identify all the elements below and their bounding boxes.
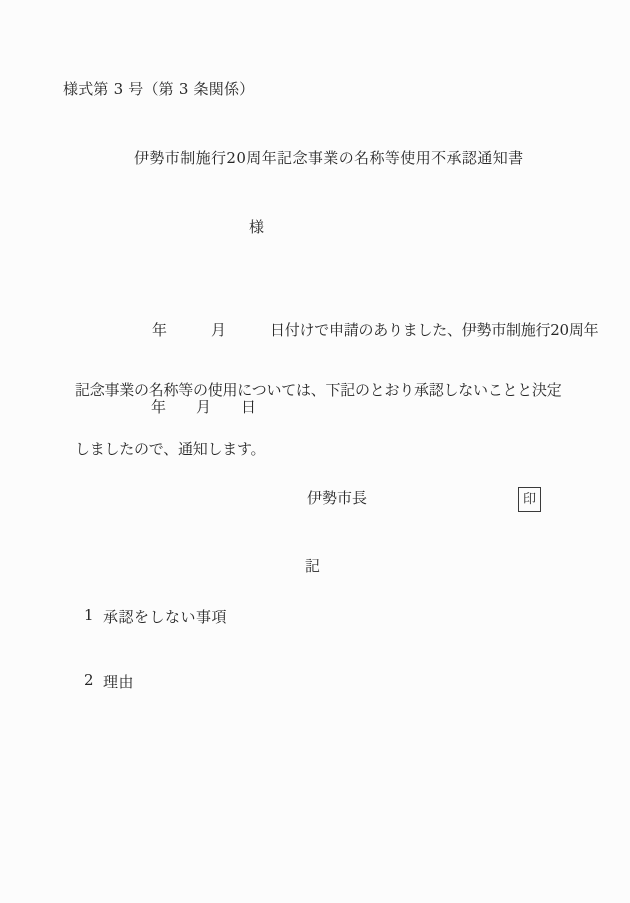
document-title: 伊勢市制施行20周年記念事業の名称等使用不承認通知書 bbox=[134, 149, 524, 167]
section-marker-ki: 記 bbox=[305, 557, 320, 575]
addressee-honorific: 様 bbox=[249, 218, 264, 236]
body-line-2: 記念事業の名称等の使用については、下記のとおり承認しないことと決定 bbox=[75, 379, 575, 403]
body-line-1: 年 月 日付けで申請のありました、伊勢市制施行20周年 bbox=[75, 319, 575, 343]
body-paragraph: 年 月 日付けで申請のありました、伊勢市制施行20周年 記念事業の名称等の使用に… bbox=[75, 283, 575, 498]
item-1-label: 承認をしない事項 bbox=[103, 606, 227, 627]
body-line-3: しましたので、通知します。 bbox=[75, 438, 575, 462]
seal-box: 印 bbox=[518, 487, 541, 512]
issue-date-line: 年 月 日 bbox=[151, 398, 256, 416]
document-page: 様式第 3 号（第 3 条関係） 伊勢市制施行20周年記念事業の名称等使用不承認… bbox=[0, 0, 630, 903]
sender-title: 伊勢市長 bbox=[307, 489, 367, 507]
item-2-number: 2 bbox=[84, 671, 103, 692]
item-1-number: 1 bbox=[84, 606, 103, 627]
item-2-label: 理由 bbox=[103, 671, 134, 692]
form-number-label: 様式第 3 号（第 3 条関係） bbox=[63, 80, 254, 98]
list-item-1: 1 承認をしない事項 bbox=[84, 606, 227, 627]
seal-label: 印 bbox=[523, 493, 536, 506]
list-item-2: 2 理由 bbox=[84, 671, 134, 692]
